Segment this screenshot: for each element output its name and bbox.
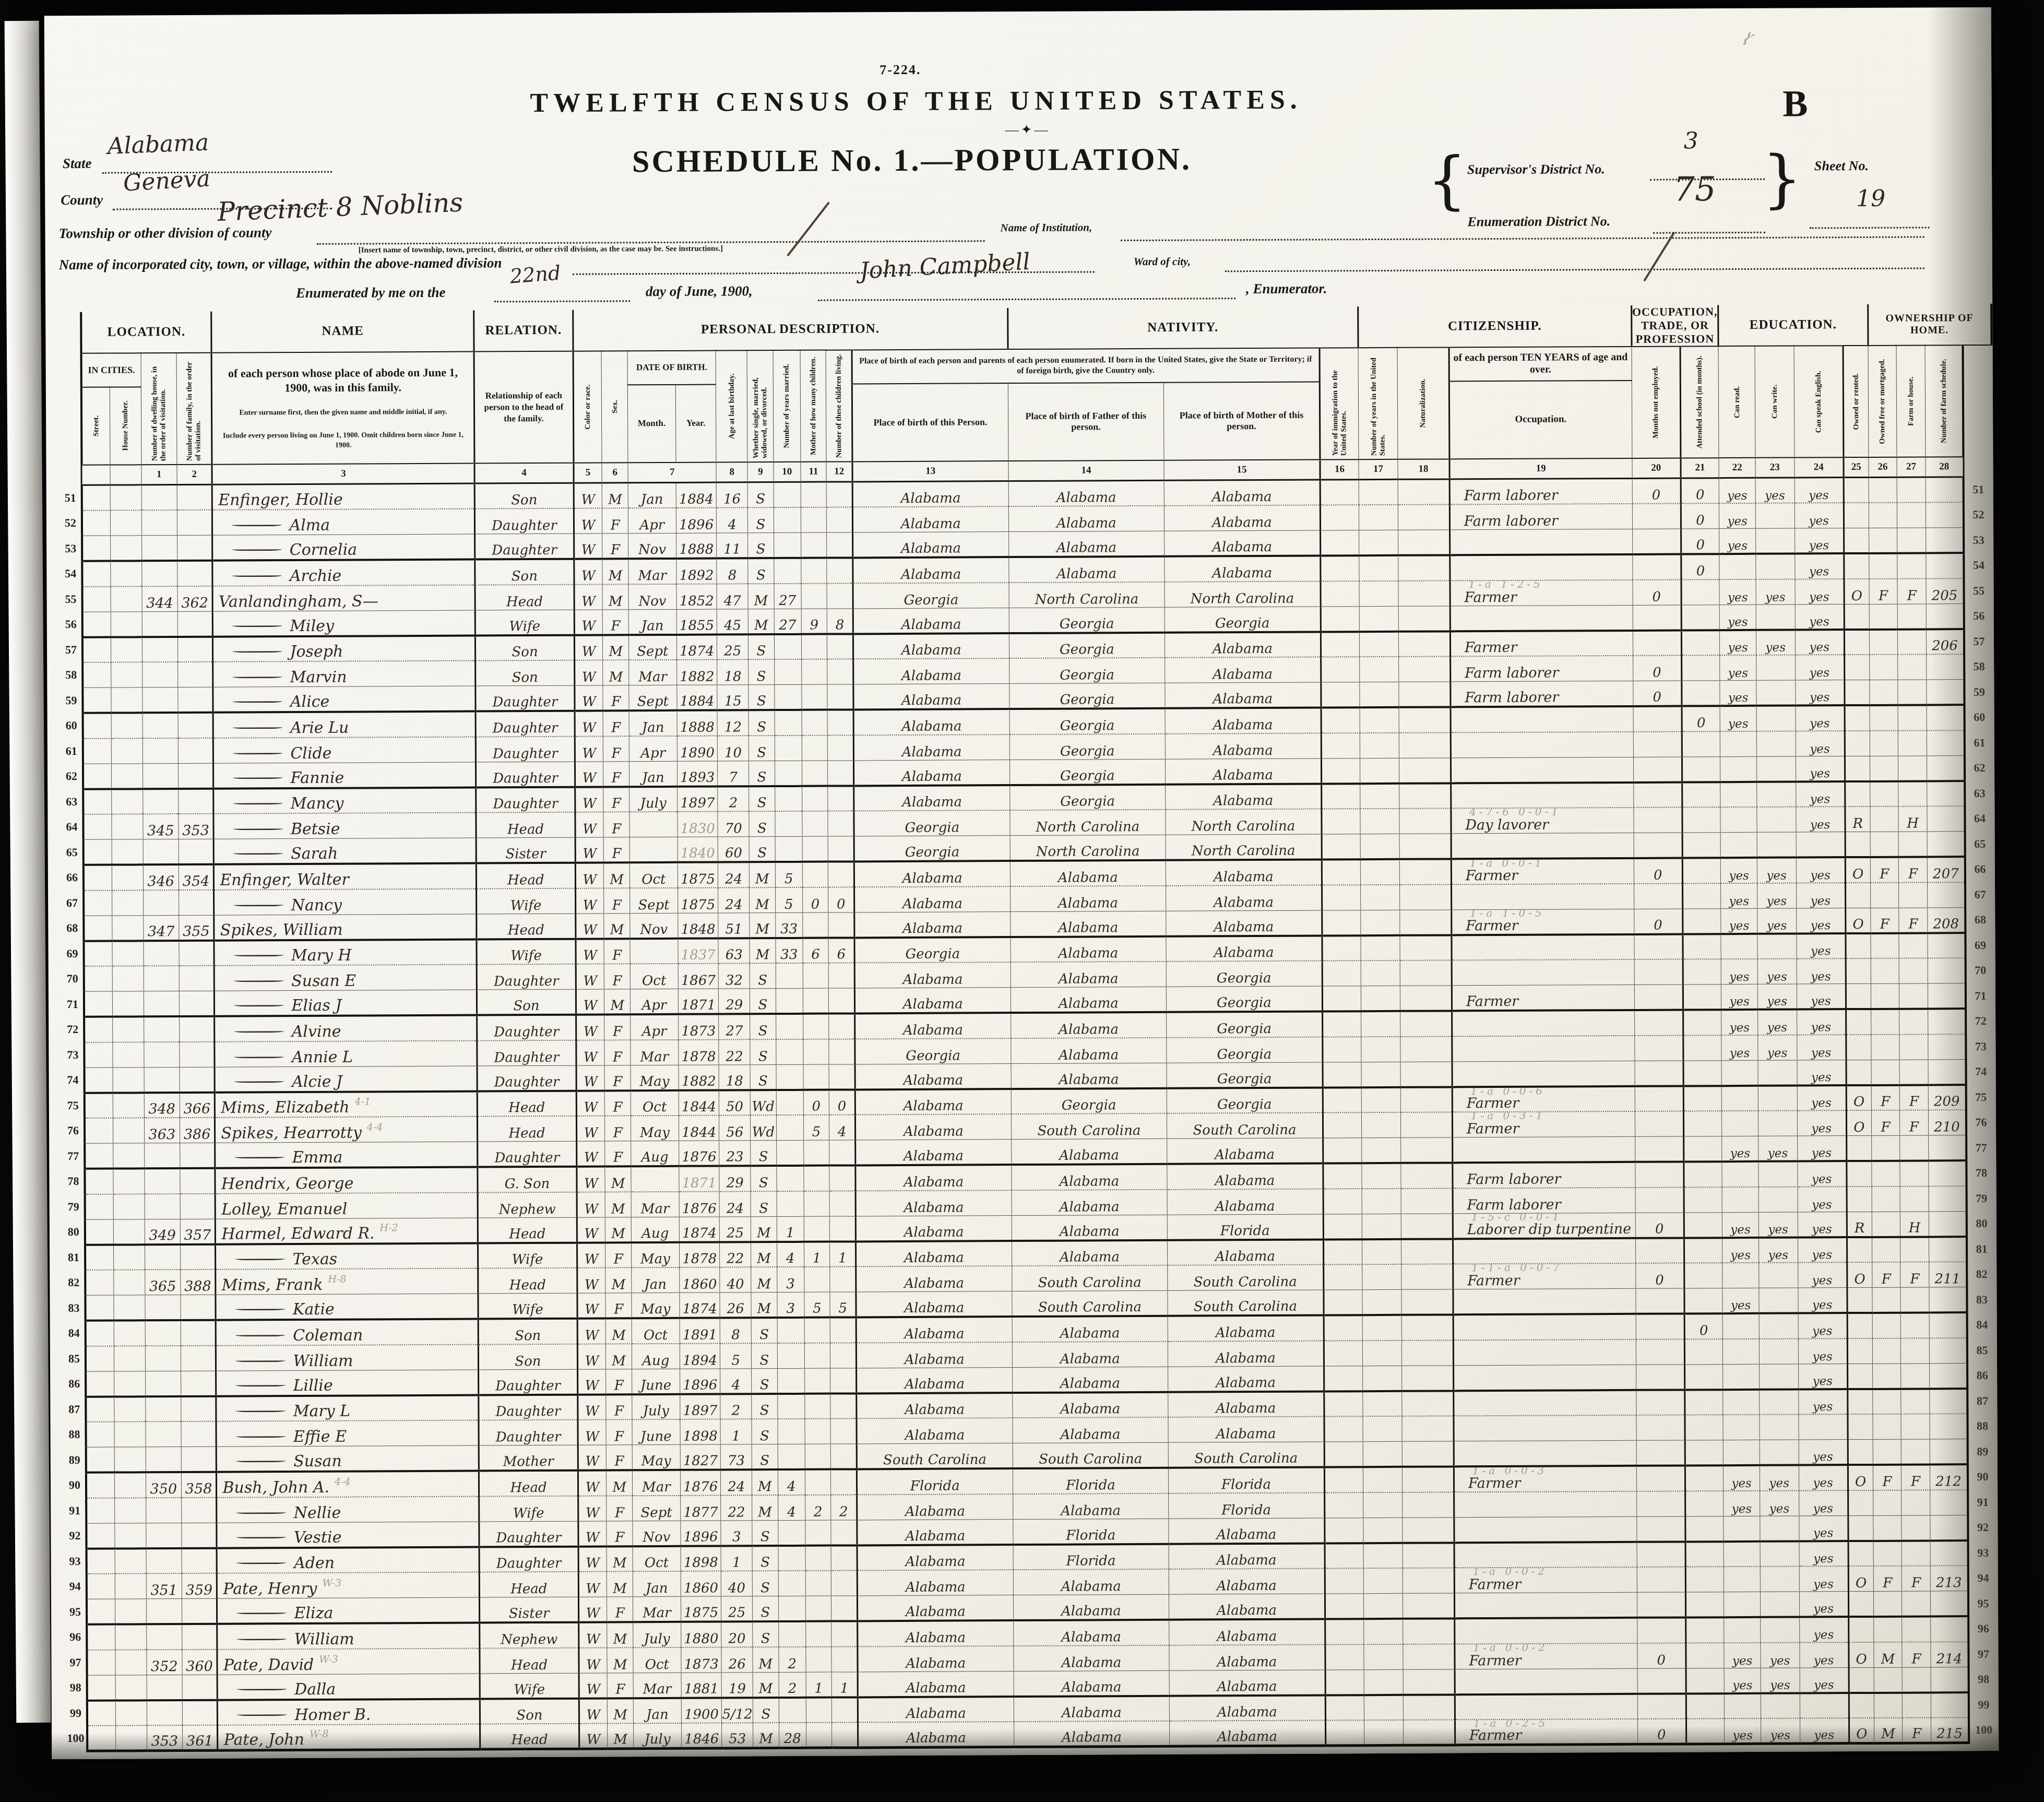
pencil-occupation-note: 1-a 0-3-1 bbox=[1471, 1111, 1546, 1122]
cell-naturalization bbox=[1402, 1416, 1454, 1441]
cell-birth-month bbox=[630, 938, 678, 964]
cell-owned-free-or-mortgaged bbox=[1869, 553, 1897, 579]
cell-house-number bbox=[114, 1244, 145, 1270]
section-location: LOCATION. bbox=[81, 312, 211, 353]
cell-person-name: Cornelia bbox=[212, 534, 475, 561]
day-line bbox=[494, 300, 630, 302]
cell-years-married bbox=[775, 836, 802, 862]
cell-children-living: 5 bbox=[830, 1292, 856, 1318]
col-street-label: Street. bbox=[81, 387, 110, 465]
cell-birthplace-father: Alabama bbox=[1013, 1493, 1169, 1519]
cell-mother-of-children bbox=[804, 1267, 830, 1293]
cell-house-number bbox=[112, 864, 144, 890]
cell-farm-schedule-number bbox=[1928, 1135, 1966, 1161]
cell-birthplace-person: Alabama bbox=[853, 684, 1009, 710]
ditto-mark bbox=[234, 978, 284, 982]
column-number-blank bbox=[110, 465, 141, 485]
cell-street bbox=[82, 511, 111, 536]
cell-family-number: 358 bbox=[181, 1472, 217, 1498]
supervisor-district-value: 3 bbox=[1684, 127, 1698, 154]
cell-can-speak-english bbox=[1798, 1414, 1848, 1440]
cell-mother-of-children bbox=[801, 684, 827, 710]
cell-color-race: W bbox=[576, 989, 604, 1015]
cell-birthplace-person: Alabama bbox=[858, 1646, 1014, 1672]
cell-relation: Nephew bbox=[478, 1192, 577, 1217]
cell-relation: Sister bbox=[476, 837, 575, 863]
cell-birthplace-person: Alabama bbox=[857, 1595, 1013, 1621]
cell-family-number bbox=[181, 1295, 216, 1320]
cell-years-in-us bbox=[1360, 834, 1399, 859]
cell-family-number bbox=[181, 1345, 216, 1371]
cell-attended-school bbox=[1685, 1415, 1724, 1440]
cell-person-name: Susan E bbox=[215, 965, 477, 991]
cell-owned-free-or-mortgaged bbox=[1870, 756, 1898, 781]
cell-person-name: Susan bbox=[217, 1445, 479, 1472]
cell-color-race: W bbox=[577, 1242, 605, 1268]
cell-owned-or-rented: O bbox=[1844, 578, 1869, 604]
cell-owned-or-rented bbox=[1848, 1414, 1873, 1440]
cell-color-race: W bbox=[575, 888, 604, 914]
name-text: Homer B. bbox=[294, 1705, 371, 1724]
cell-birthplace-father: South Carolina bbox=[1013, 1442, 1169, 1468]
cell-family-number bbox=[182, 1598, 217, 1624]
cell-occupation: Farm laborer bbox=[1451, 681, 1633, 707]
col-can-speak-label: Can speak English. bbox=[1794, 346, 1844, 457]
cell-immigration-year bbox=[1325, 1619, 1364, 1644]
cell-children-living bbox=[832, 1722, 858, 1748]
cell-house-number bbox=[114, 1270, 145, 1295]
cell-attended-school: 0 bbox=[1681, 478, 1719, 504]
cell-owned-free-or-mortgaged bbox=[1870, 705, 1898, 731]
cell-attended-school bbox=[1685, 1516, 1724, 1542]
cell-marital-status: S bbox=[751, 1343, 777, 1369]
column-number-14: 14 bbox=[1008, 460, 1164, 481]
cell-can-read bbox=[1722, 1161, 1758, 1187]
cell-sex: F bbox=[606, 1445, 632, 1471]
cell-mother-of-children bbox=[802, 811, 828, 837]
cell-years-in-us bbox=[1362, 1137, 1401, 1163]
cell-birth-month: Apr bbox=[631, 1014, 679, 1040]
cell-farm-or-house bbox=[1899, 958, 1928, 983]
cell-color-race: W bbox=[576, 1065, 605, 1090]
form-number: 7-224. bbox=[880, 62, 921, 78]
cell-age: 18 bbox=[717, 659, 748, 685]
cell-birth-month: Mar bbox=[631, 1039, 679, 1065]
cell-attended-school bbox=[1683, 1035, 1721, 1061]
cell-occupation bbox=[1450, 554, 1633, 580]
cell-farm-or-house bbox=[1897, 502, 1926, 528]
cell-birthplace-mother: Georgia bbox=[1167, 1037, 1323, 1063]
row-number-left: 92 bbox=[64, 1523, 86, 1549]
cell-dwelling-number bbox=[145, 1346, 181, 1371]
cell-dwelling-number bbox=[143, 839, 179, 865]
cell-birthplace-person: Alabama bbox=[855, 1215, 1012, 1241]
row-number-left: 80 bbox=[63, 1219, 85, 1245]
cell-birth-month: May bbox=[632, 1293, 680, 1318]
row-number-right: 64 bbox=[1965, 806, 1993, 832]
cell-can-read: yes bbox=[1722, 1136, 1758, 1161]
cell-birthplace-mother: South Carolina bbox=[1168, 1264, 1324, 1290]
cell-can-read bbox=[1722, 1111, 1758, 1136]
cell-birthplace-person: Alabama bbox=[854, 785, 1010, 811]
row-number-right: 95 bbox=[1968, 1591, 1997, 1616]
cell-attended-school bbox=[1683, 934, 1721, 959]
cell-marital-status: S bbox=[751, 1191, 777, 1217]
cell-farm-schedule-number: 207 bbox=[1927, 857, 1965, 882]
col-occupation-label: Occupation. bbox=[1449, 380, 1632, 459]
name-text: Marvin bbox=[290, 668, 347, 686]
enumerator-signature: John Campbell bbox=[859, 248, 1031, 284]
cell-can-read bbox=[1724, 1592, 1761, 1617]
col-color-label: Color or race. bbox=[573, 351, 602, 463]
cell-owned-free-or-mortgaged: F bbox=[1873, 1465, 1902, 1490]
cell-years-married bbox=[778, 1621, 805, 1647]
cell-mother-of-children bbox=[802, 836, 828, 862]
cell-can-write bbox=[1760, 1440, 1799, 1465]
cell-immigration-year bbox=[1321, 733, 1360, 758]
cell-color-race: W bbox=[579, 1647, 608, 1673]
cell-can-write bbox=[1758, 1111, 1797, 1136]
cell-birth-year: 1882 bbox=[676, 660, 717, 685]
ditto-mark bbox=[236, 1510, 287, 1514]
cell-can-write bbox=[1756, 680, 1796, 706]
col-year-label: Year. bbox=[675, 384, 716, 463]
cell-naturalization bbox=[1400, 1011, 1452, 1036]
cell-house-number bbox=[115, 1599, 147, 1625]
cell-can-write bbox=[1756, 655, 1796, 681]
ditto-mark bbox=[232, 573, 282, 577]
cell-farm-or-house bbox=[1898, 680, 1927, 705]
cell-immigration-year bbox=[1322, 910, 1361, 935]
state-value: Alabama bbox=[107, 129, 209, 160]
cell-children-living bbox=[828, 836, 854, 862]
cell-age: 3 bbox=[721, 1520, 752, 1546]
cell-birthplace-mother: Alabama bbox=[1167, 1163, 1323, 1189]
cell-color-race: W bbox=[579, 1698, 608, 1724]
cell-relation: Daughter bbox=[477, 1040, 576, 1065]
cell-farm-or-house bbox=[1902, 1616, 1931, 1642]
cell-age: 40 bbox=[720, 1267, 751, 1293]
cell-birth-year: 1897 bbox=[680, 1394, 720, 1419]
cell-naturalization bbox=[1400, 1061, 1452, 1087]
cell-birthplace-father: Alabama bbox=[1014, 1721, 1170, 1747]
row-number-right: 89 bbox=[1968, 1439, 1997, 1464]
cell-can-write bbox=[1758, 1085, 1797, 1111]
cell-immigration-year bbox=[1323, 1189, 1362, 1214]
cell-birth-year: 1891 bbox=[680, 1318, 720, 1344]
cell-farm-or-house bbox=[1898, 705, 1927, 730]
cell-birth-year: 1890 bbox=[677, 736, 718, 761]
cell-family-number bbox=[177, 636, 213, 662]
cell-street bbox=[85, 1295, 114, 1321]
cell-attended-school bbox=[1682, 681, 1720, 706]
cell-occupation bbox=[1452, 1035, 1635, 1061]
cell-person-name: Hendrix, George bbox=[215, 1167, 478, 1194]
cell-immigration-year bbox=[1324, 1492, 1363, 1518]
cell-attended-school bbox=[1682, 858, 1721, 883]
pencil-occupation-note: 1-5-c 0-0-1 bbox=[1471, 1213, 1562, 1223]
cell-birthplace-father: North Carolina bbox=[1009, 582, 1165, 608]
cell-age: 29 bbox=[719, 989, 750, 1014]
cell-house-number bbox=[114, 1295, 145, 1321]
cell-naturalization bbox=[1400, 935, 1452, 961]
cell-dwelling-number: 350 bbox=[146, 1472, 181, 1498]
cell-owned-or-rented bbox=[1846, 1060, 1871, 1085]
row-number-right: 91 bbox=[1968, 1489, 1997, 1515]
cell-relation: Head bbox=[480, 1647, 579, 1673]
cell-sex: F bbox=[606, 1369, 632, 1394]
cell-person-name: Lillie bbox=[216, 1370, 479, 1396]
cell-birth-month: Jan bbox=[629, 761, 677, 787]
cell-birthplace-father: Alabama bbox=[1014, 1670, 1170, 1697]
cell-immigration-year bbox=[1322, 935, 1361, 961]
census-sheet: 7-224. TWELFTH CENSUS OF THE UNITED STAT… bbox=[44, 7, 1999, 1759]
cell-birthplace-mother: Alabama bbox=[1169, 1568, 1325, 1594]
cell-street bbox=[85, 1118, 113, 1144]
cell-months-not-employed bbox=[1635, 1161, 1684, 1187]
cell-sex: F bbox=[605, 1293, 632, 1319]
cell-marital-status: M bbox=[751, 1216, 777, 1242]
cell-children-living bbox=[828, 811, 854, 836]
cell-owned-or-rented: O bbox=[1847, 1262, 1872, 1288]
cell-farm-or-house bbox=[1901, 1414, 1930, 1439]
cell-street bbox=[82, 687, 111, 713]
cell-can-read bbox=[1720, 781, 1757, 807]
cell-dwelling-number bbox=[145, 1194, 180, 1219]
row-number-left: 86 bbox=[64, 1371, 86, 1397]
cell-birthplace-person: Alabama bbox=[853, 557, 1009, 583]
cell-street bbox=[87, 1574, 115, 1599]
name-text: Eliza bbox=[294, 1604, 333, 1622]
pencil-tally-mark: W-3 bbox=[322, 1578, 341, 1589]
cell-birthplace-person: Alabama bbox=[856, 1317, 1012, 1343]
cell-sex: F bbox=[605, 1242, 632, 1268]
cell-color-race: W bbox=[576, 1141, 605, 1167]
cell-farm-schedule-number bbox=[1931, 1667, 1969, 1692]
cell-birth-month: Mar bbox=[633, 1673, 681, 1698]
cell-family-number bbox=[180, 1067, 215, 1093]
cell-can-speak-english: yes bbox=[1797, 1085, 1847, 1111]
cell-birthplace-father: Georgia bbox=[1009, 733, 1166, 760]
cell-immigration-year bbox=[1323, 1239, 1362, 1265]
cell-owned-or-rented bbox=[1845, 882, 1870, 908]
cell-age: 56 bbox=[719, 1115, 751, 1141]
cell-sex: M bbox=[607, 1647, 633, 1673]
cell-sex: F bbox=[603, 837, 629, 863]
cell-family-number bbox=[177, 535, 212, 561]
cell-color-race: W bbox=[578, 1445, 607, 1471]
cell-street bbox=[85, 1093, 113, 1118]
row-number-right: 52 bbox=[1964, 502, 1992, 528]
cell-farm-or-house: F bbox=[1902, 1642, 1931, 1667]
cell-sex: F bbox=[604, 1040, 631, 1065]
pencil-occupation-note: 1-a 0-0-2 bbox=[1473, 1643, 1548, 1653]
cell-owned-free-or-mortgaged bbox=[1872, 1186, 1900, 1212]
cell-house-number bbox=[115, 1472, 146, 1498]
cell-can-write: yes bbox=[1758, 1237, 1798, 1263]
cell-color-race: W bbox=[574, 508, 602, 534]
cell-months-not-employed bbox=[1637, 1668, 1686, 1693]
cell-dwelling-number: 363 bbox=[144, 1118, 180, 1143]
cell-birth-month: Nov bbox=[628, 533, 676, 559]
cell-years-in-us bbox=[1361, 1011, 1400, 1037]
cell-months-not-employed: 0 bbox=[1635, 1263, 1684, 1288]
cell-owned-free-or-mortgaged bbox=[1874, 1667, 1903, 1693]
cell-birthplace-mother: Alabama bbox=[1168, 1416, 1324, 1442]
cell-dwelling-number: 351 bbox=[146, 1573, 182, 1599]
cell-house-number bbox=[113, 1168, 145, 1194]
cell-occupation bbox=[1452, 1010, 1634, 1036]
ditto-mark bbox=[234, 1054, 284, 1058]
cell-farm-or-house bbox=[1900, 1160, 1929, 1186]
row-number-left: 87 bbox=[64, 1396, 86, 1422]
cell-years-married: 1 bbox=[777, 1216, 804, 1242]
cell-occupation bbox=[1452, 934, 1634, 960]
cell-marital-status: S bbox=[748, 558, 774, 584]
cell-owned-or-rented bbox=[1848, 1591, 1873, 1617]
cell-children-living bbox=[829, 1064, 855, 1089]
cell-naturalization bbox=[1398, 504, 1449, 530]
cell-months-not-employed bbox=[1636, 1465, 1685, 1491]
cell-street bbox=[86, 1321, 114, 1346]
cell-farm-schedule-number bbox=[1927, 781, 1965, 807]
cell-owned-free-or-mortgaged bbox=[1873, 1617, 1902, 1642]
cell-can-write bbox=[1759, 1364, 1798, 1390]
cell-immigration-year bbox=[1322, 961, 1361, 986]
cell-years-married bbox=[776, 1140, 803, 1166]
col-house-number-label: House Number. bbox=[110, 387, 141, 465]
cell-birthplace-father: Alabama bbox=[1010, 885, 1166, 911]
cell-owned-free-or-mortgaged bbox=[1871, 1009, 1899, 1035]
cell-can-speak-english: yes bbox=[1796, 781, 1845, 807]
name-text: Betsie bbox=[291, 820, 340, 838]
cell-can-read bbox=[1720, 832, 1757, 858]
cell-birthplace-father: Alabama bbox=[1011, 987, 1167, 1013]
section-ownership: OWNERSHIP OF HOME. bbox=[1868, 304, 1991, 346]
cell-children-living: 4 bbox=[829, 1115, 855, 1140]
cell-occupation bbox=[1454, 1592, 1637, 1618]
cell-years-married bbox=[776, 1115, 803, 1141]
cell-immigration-year bbox=[1323, 1163, 1362, 1189]
cell-relation: Daughter bbox=[479, 1546, 578, 1572]
cell-birth-month: May bbox=[632, 1242, 680, 1267]
cell-years-married bbox=[776, 1039, 803, 1064]
name-text: Enfinger, Hollie bbox=[218, 491, 343, 509]
cell-owned-free-or-mortgaged: F bbox=[1871, 1085, 1900, 1110]
cell-mother-of-children bbox=[805, 1646, 831, 1672]
cell-age: 8 bbox=[720, 1318, 752, 1343]
cell-sex: F bbox=[604, 964, 630, 989]
cell-birth-year: 1873 bbox=[681, 1647, 722, 1673]
cell-family-number bbox=[180, 1168, 216, 1194]
cell-farm-schedule-number bbox=[1927, 680, 1965, 705]
cell-mother-of-children bbox=[805, 1571, 831, 1596]
cell-farm-schedule-number bbox=[1928, 983, 1966, 1009]
cell-birthplace-father: Alabama bbox=[1008, 506, 1164, 532]
pencil-tally-mark: W-8 bbox=[310, 1728, 329, 1740]
cell-years-married: 28 bbox=[779, 1723, 806, 1748]
cell-naturalization bbox=[1403, 1543, 1454, 1568]
cell-birthplace-father: Georgia bbox=[1009, 708, 1166, 734]
cell-can-read bbox=[1721, 1060, 1758, 1086]
cell-color-race: W bbox=[576, 939, 604, 964]
cell-age: 5/12 bbox=[722, 1698, 753, 1723]
cell-person-name: Betsie bbox=[213, 813, 476, 839]
cell-birth-year: 1844 bbox=[679, 1116, 719, 1141]
cell-birthplace-mother: Alabama bbox=[1169, 1695, 1325, 1721]
cell-naturalization bbox=[1403, 1593, 1454, 1619]
cell-can-speak-english: yes bbox=[1799, 1440, 1848, 1465]
signature-line bbox=[818, 298, 1235, 301]
cell-birthplace-mother: Alabama bbox=[1165, 682, 1321, 708]
cell-birth-month: Mar bbox=[628, 559, 676, 584]
cell-can-speak-english: yes bbox=[1798, 1389, 1848, 1415]
cell-owned-or-rented: O bbox=[1848, 1465, 1873, 1490]
cell-birthplace-person: Alabama bbox=[858, 1722, 1014, 1748]
cell-farm-schedule-number bbox=[1929, 1160, 1967, 1186]
cell-years-in-us bbox=[1364, 1669, 1403, 1695]
cell-birth-month: June bbox=[632, 1419, 680, 1445]
cell-color-race: W bbox=[575, 685, 603, 711]
cell-house-number bbox=[111, 586, 142, 612]
county-label: County bbox=[61, 192, 103, 208]
cell-owned-or-rented: O bbox=[1846, 1085, 1871, 1110]
cell-marital-status: S bbox=[747, 533, 774, 559]
section-name: NAME bbox=[211, 311, 474, 353]
cell-relation: Wife bbox=[475, 610, 574, 635]
cell-owned-or-rented bbox=[1848, 1515, 1873, 1541]
cell-dwelling-number bbox=[142, 687, 178, 713]
cell-years-in-us bbox=[1363, 1340, 1402, 1366]
cell-street bbox=[86, 1346, 114, 1371]
occupation-text: Farmer bbox=[1467, 1121, 1519, 1137]
cell-sex: F bbox=[602, 508, 628, 534]
column-number-21: 21 bbox=[1681, 458, 1719, 478]
cell-color-race: W bbox=[577, 1394, 606, 1420]
cell-family-number bbox=[179, 991, 215, 1016]
cell-can-speak-english: yes bbox=[1795, 604, 1845, 630]
cell-marital-status: M bbox=[748, 609, 774, 634]
cell-marital-status: S bbox=[748, 634, 774, 660]
cell-person-name: William bbox=[216, 1344, 479, 1371]
cell-children-living bbox=[828, 786, 854, 811]
cell-age: 29 bbox=[719, 1166, 751, 1191]
row-number-left: 67 bbox=[62, 890, 84, 916]
cell-can-read bbox=[1722, 1313, 1759, 1339]
cell-can-read bbox=[1722, 1263, 1759, 1288]
cell-birth-year: 1827 bbox=[680, 1444, 721, 1470]
cell-birthplace-person: Alabama bbox=[854, 988, 1011, 1014]
row-number-right: 56 bbox=[1964, 603, 1993, 629]
cell-can-write bbox=[1757, 807, 1796, 833]
cell-occupation bbox=[1454, 1491, 1636, 1517]
cell-street bbox=[85, 1194, 113, 1219]
cell-farm-schedule-number bbox=[1930, 1439, 1968, 1465]
ditto-mark bbox=[234, 953, 284, 956]
name-text: Texas bbox=[292, 1250, 337, 1268]
cell-months-not-employed bbox=[1634, 883, 1682, 909]
cell-farm-or-house: H bbox=[1898, 806, 1927, 832]
cell-birth-month: Aug bbox=[631, 1141, 679, 1166]
cell-birthplace-father: Alabama bbox=[1012, 1215, 1168, 1241]
cell-years-in-us bbox=[1359, 555, 1398, 581]
cell-marital-status: M bbox=[751, 1242, 777, 1267]
cell-occupation bbox=[1454, 1390, 1636, 1416]
cell-children-living bbox=[830, 1368, 857, 1393]
ditto-mark bbox=[236, 1535, 287, 1538]
cell-naturalization bbox=[1403, 1669, 1455, 1694]
cell-age: 1 bbox=[720, 1419, 752, 1444]
